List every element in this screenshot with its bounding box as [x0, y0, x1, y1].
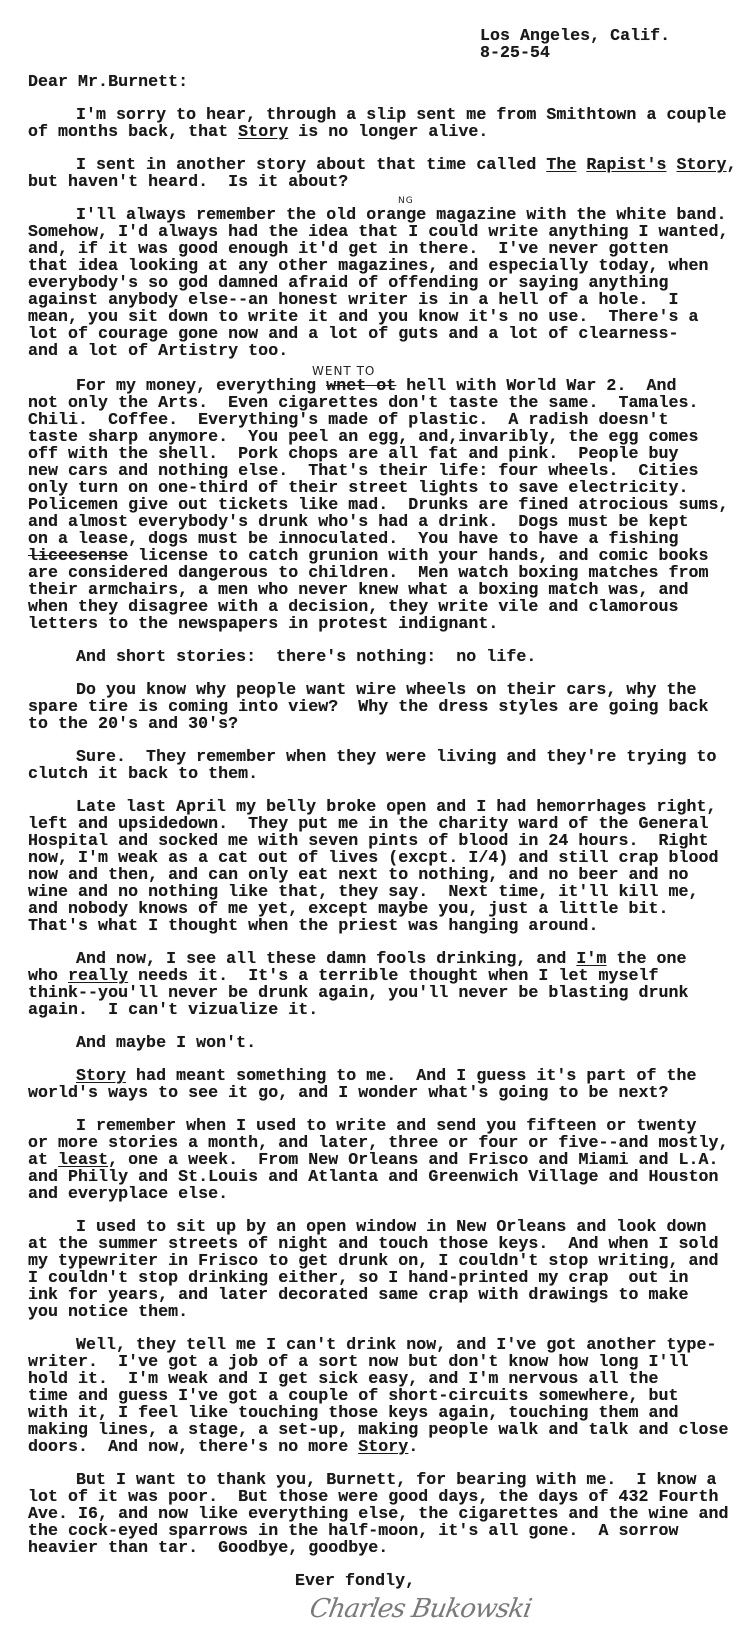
text-line: and everyplace else.: [28, 1186, 228, 1203]
text-line: you notice them.: [28, 1304, 188, 1321]
text-line: heavier than tar. Goodbye, goodbye.: [28, 1540, 388, 1557]
signature: Charles Bukowski: [307, 1594, 533, 1624]
text-line: letters to the newspapers in protest ind…: [28, 616, 498, 633]
handwritten-correction: WENT TO: [312, 364, 375, 378]
text-line: world's ways to see it go, and I wonder …: [28, 1085, 669, 1102]
text-line: again. I can't vizualize it.: [28, 1002, 318, 1019]
salutation: Dear Mr.Burnett:: [28, 74, 188, 91]
text-line: and a lot of Artistry too.: [28, 343, 288, 360]
text-line: clutch it back to them.: [28, 766, 258, 783]
text-line: to the 20's and 30's?: [28, 716, 238, 733]
text-line: That's what I thought when the priest wa…: [28, 918, 598, 935]
letter-date: 8-25-54: [480, 45, 550, 62]
text-line: doors. And now, there's no more Story.: [28, 1439, 418, 1456]
text-line: but haven't heard. Is it about?: [28, 174, 348, 191]
text-line: of months back, that Story is no longer …: [28, 124, 488, 141]
text-line: And maybe I won't.: [76, 1035, 256, 1052]
handwritten-insert: NG: [398, 196, 414, 206]
closing: Ever fondly,: [295, 1573, 415, 1590]
letter-page: Los Angeles, Calif. 8-25-54 Dear Mr.Burn…: [0, 0, 754, 1634]
text-line: And short stories: there's nothing: no l…: [76, 649, 536, 666]
